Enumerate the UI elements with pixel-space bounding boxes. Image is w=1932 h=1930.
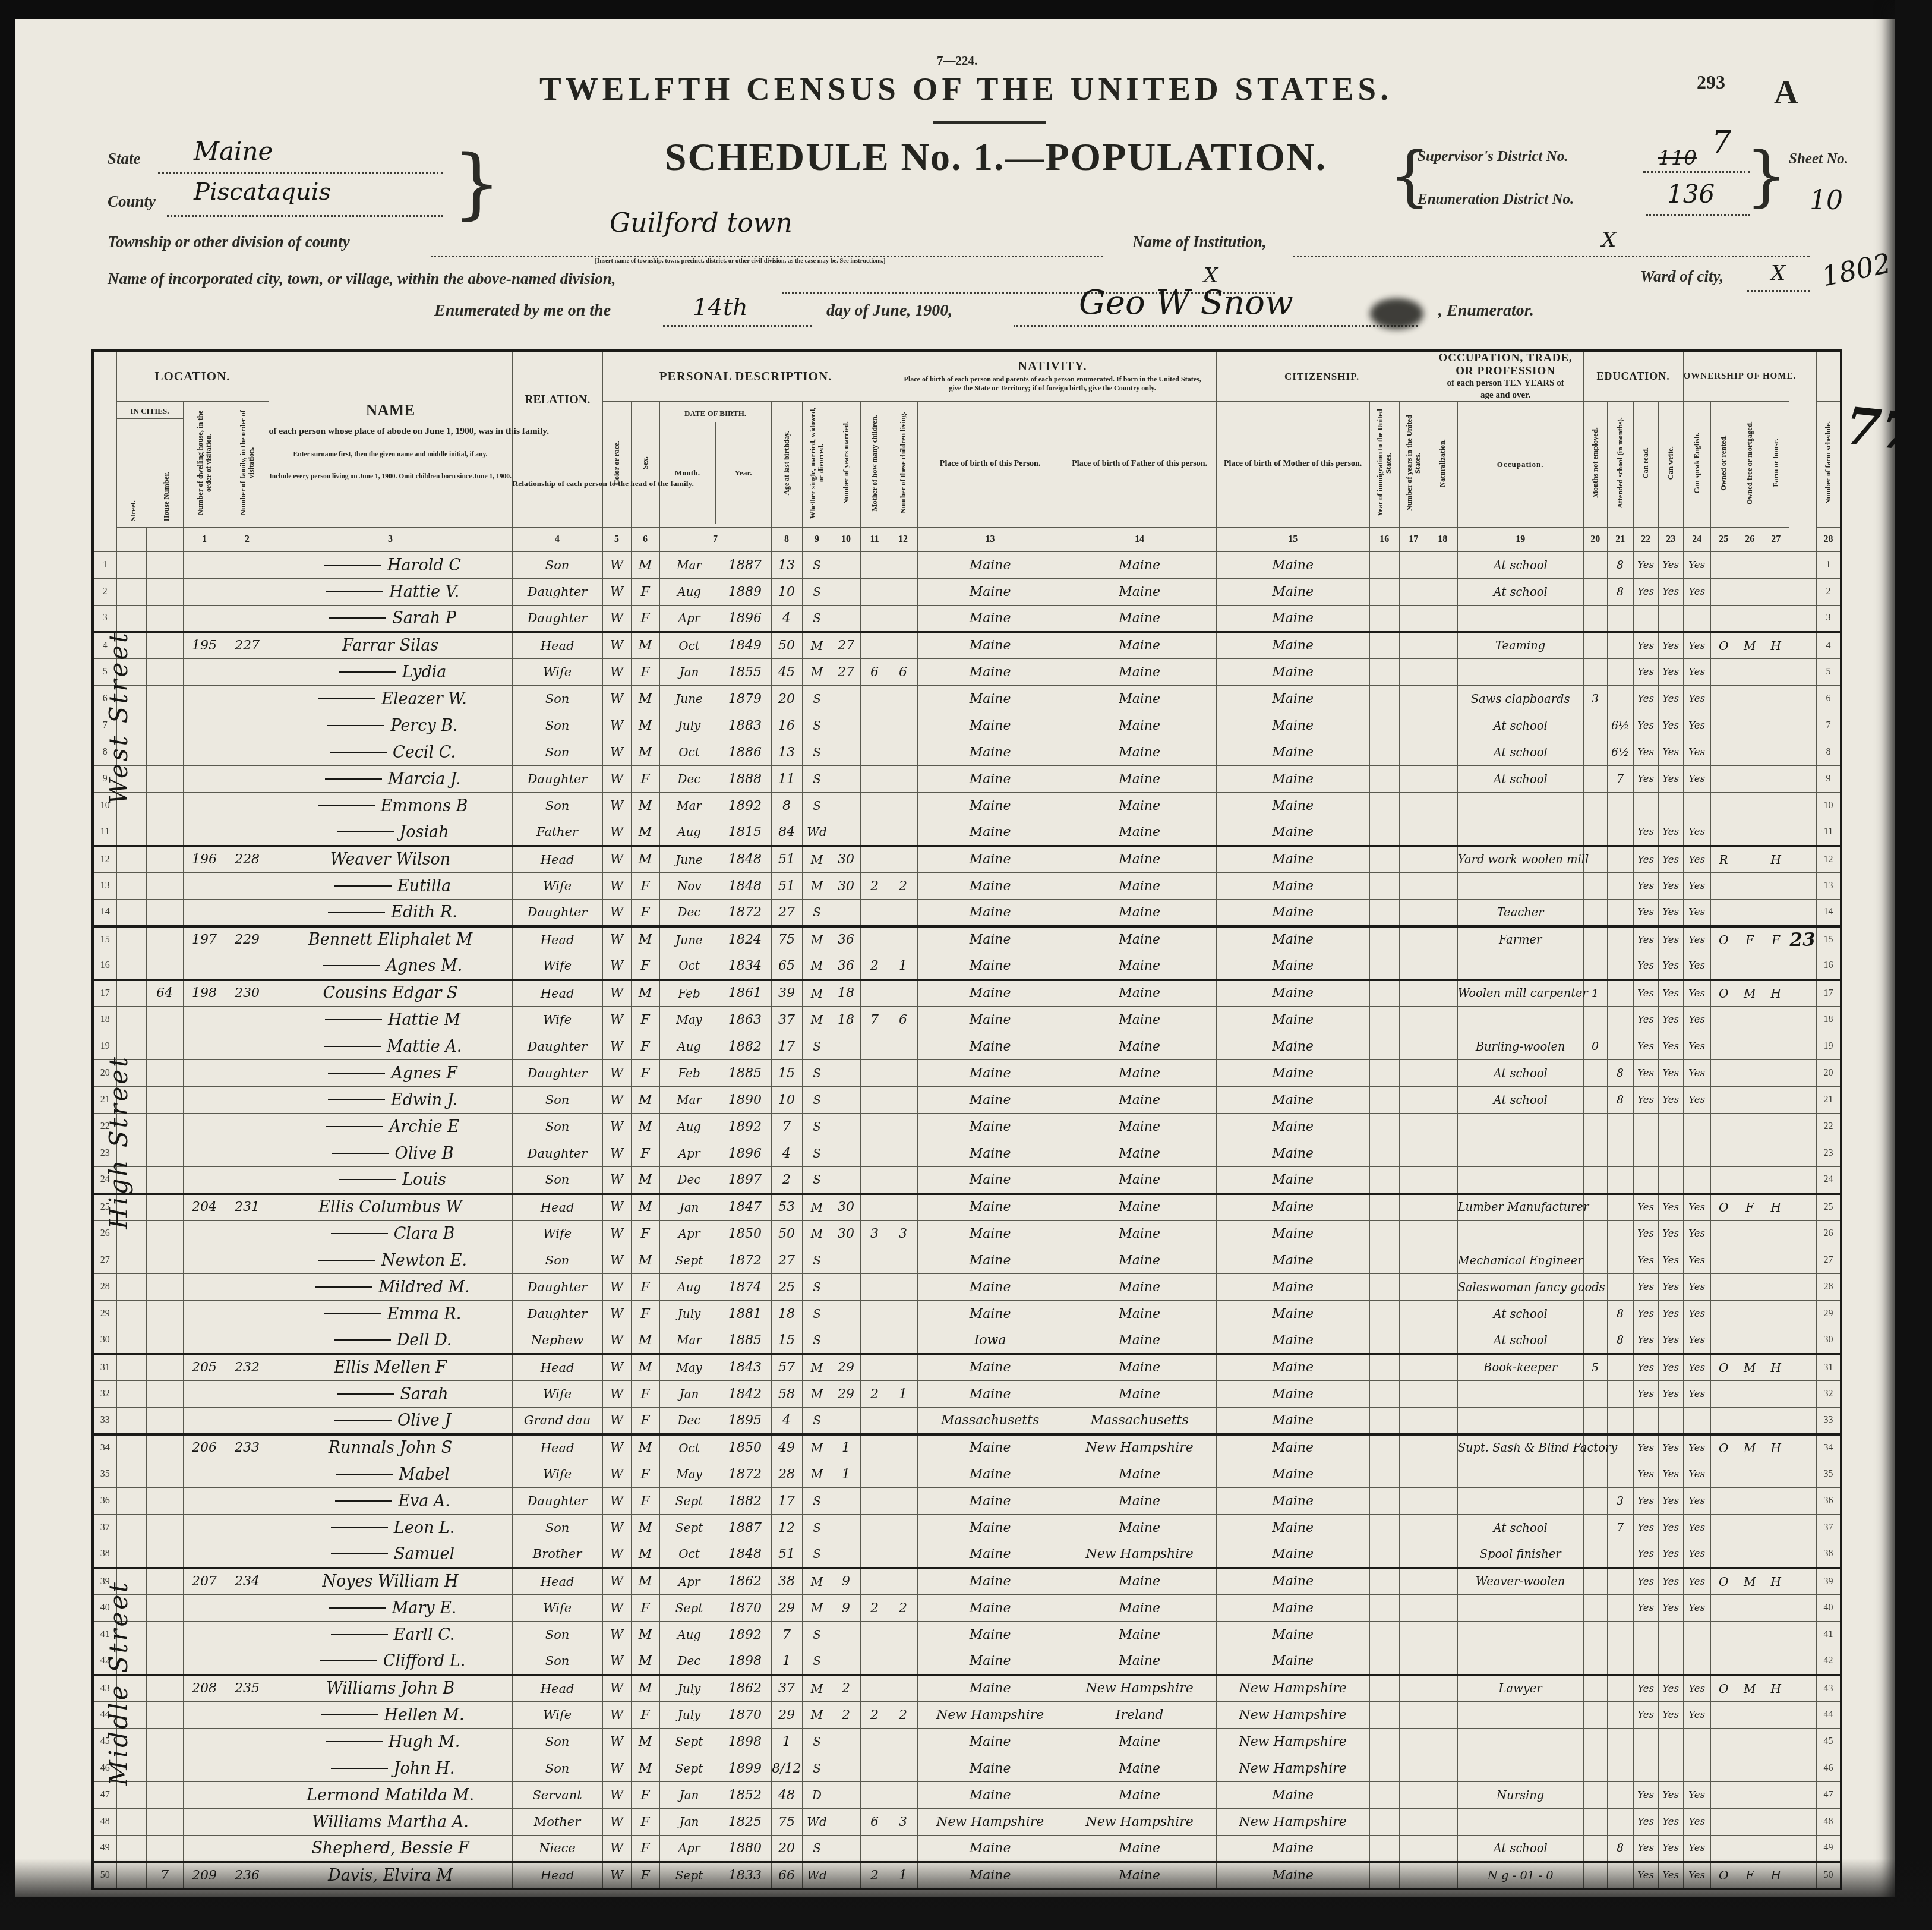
cell-fh: H [1763,1354,1789,1381]
person-row-15: 15197229Bennett Eliphalet MHeadWMJune182… [93,926,1841,953]
cell-e: Yes [1683,1060,1710,1087]
cell-oc [1457,659,1583,686]
continuation-dash [337,1393,394,1395]
cell-hs [146,1221,183,1247]
cell-w: Yes [1658,1702,1683,1729]
cell-cl [889,1247,917,1274]
cell-i18 [1428,1301,1457,1327]
cell-oc: Yard work woolen mill [1457,846,1583,873]
cell-i17 [1399,953,1428,980]
cell-ag: 75 [771,1809,802,1836]
cell-fm [226,1809,269,1836]
immigration-col-label: Year of immigration to the United States… [1376,405,1393,521]
cell-fm [226,1729,269,1755]
cell-ms: M [802,632,832,659]
cell-fm [226,739,269,766]
cell-ow [1710,819,1737,846]
cell-ms: M [802,1702,832,1729]
cell-of [1737,793,1763,819]
cell-w: Yes [1658,1033,1683,1060]
cell-nm: Mary E. [269,1595,512,1622]
cell-sc [1607,1755,1633,1782]
cell-hs [146,1247,183,1274]
owned-rented-col-label: Owned or rented. [1719,435,1728,491]
cell-mn [1583,1515,1607,1541]
cell-ow [1710,1007,1737,1033]
cell-fm [226,1541,269,1568]
cell-ow [1710,1274,1737,1301]
cell-cl [889,1408,917,1434]
person-row-22: 22Archie ESonWMAug18927SMaineMaineMaine2… [93,1114,1841,1140]
cell-pb: Maine [917,1515,1063,1541]
cell-nm: Hellen M. [269,1702,512,1729]
cell-cl: 6 [889,659,917,686]
cell-sc [1607,980,1633,1007]
cell-ow [1710,606,1737,632]
cell-ym [832,606,860,632]
cell-ms: S [802,552,832,579]
cell-i17 [1399,1755,1428,1782]
state-label: State [108,150,141,168]
cell-i18 [1428,766,1457,793]
cell-hs [146,659,183,686]
cell-i18 [1428,1568,1457,1595]
cell-bm: Aug [659,1114,719,1140]
pob-mother-col: Place of birth of Mother of this person. [1216,402,1369,528]
cell-rl: Daughter [512,1033,602,1060]
cell-ag: 4 [771,1408,802,1434]
cell-i18 [1428,900,1457,926]
row-number: 44 [1816,1702,1841,1729]
cell-r: Yes [1633,739,1658,766]
cell-ms: M [802,659,832,686]
cell-sc [1607,1782,1633,1809]
cell-oc [1457,1755,1583,1782]
cell-w [1658,1729,1683,1755]
cell-of [1737,1755,1763,1782]
cell-pm: Maine [1216,1595,1369,1622]
col-num-9: 9 [802,528,832,552]
cell-ag: 20 [771,1836,802,1862]
person-row-31: 31205232Ellis Mellen FHeadWMMay184357M29… [93,1354,1841,1381]
cell-i16 [1369,1327,1399,1354]
cell-fs [1789,1408,1816,1434]
color-col: Color or race. [602,402,631,528]
cell-dw [183,1274,226,1301]
cell-oc: Saleswoman fancy goods [1457,1274,1583,1301]
cell-mc [860,1755,889,1782]
cell-sx: F [631,1488,659,1515]
col-num-13: 13 [917,528,1063,552]
person-row-34: 34206233Runnals John SHeadWMOct185049M1M… [93,1434,1841,1461]
cell-mn [1583,659,1607,686]
cell-i16 [1369,1541,1399,1568]
cell-sc [1607,1381,1633,1408]
cell-e [1683,1755,1710,1782]
cell-of [1737,1515,1763,1541]
cell-pm: Maine [1216,1782,1369,1809]
cell-ag: 15 [771,1327,802,1354]
cell-bm: Jan [659,1194,719,1221]
cell-mn: 5 [1583,1354,1607,1381]
cell-fh: H [1763,1194,1789,1221]
cell-oc: Lawyer [1457,1675,1583,1702]
sex-col: Sex. [631,402,659,528]
cell-r: Yes [1633,1702,1658,1729]
cell-sc [1607,1140,1633,1167]
row-number: 2 [1816,579,1841,606]
cell-sc [1607,1221,1633,1247]
cell-i16 [1369,1354,1399,1381]
cell-bm: July [659,1301,719,1327]
cell-ow [1710,1327,1737,1354]
cell-rl: Daughter [512,1060,602,1087]
cell-ag: 17 [771,1488,802,1515]
cell-r: Yes [1633,953,1658,980]
cell-by: 1855 [719,659,771,686]
cell-sx: F [631,1595,659,1622]
cell-i18 [1428,1033,1457,1060]
cell-i18 [1428,1274,1457,1301]
cell-cr: W [602,686,631,712]
cell-mc [860,1488,889,1515]
cell-by: 1892 [719,793,771,819]
continuation-dash [324,1313,381,1314]
cell-i16 [1369,1140,1399,1167]
cell-rl: Wife [512,1007,602,1033]
cell-mn [1583,1060,1607,1087]
cell-r: Yes [1633,686,1658,712]
cell-mn [1583,1702,1607,1729]
cell-sc [1607,1167,1633,1194]
cell-ag: 25 [771,1274,802,1301]
continuation-dash [329,1607,386,1609]
cell-hs [146,1194,183,1221]
cell-ag: 38 [771,1568,802,1595]
cell-pb: Maine [917,1167,1063,1194]
naturalization-col-label: Naturalization. [1438,439,1447,487]
cell-dw: 197 [183,926,226,953]
cell-fh [1763,1087,1789,1114]
cell-oc: Mechanical Engineer [1457,1247,1583,1274]
immigration-col: Year of immigration to the United States… [1369,402,1399,528]
cell-sc: 8 [1607,1060,1633,1087]
cell-oc: At school [1457,1327,1583,1354]
cell-fm [226,1247,269,1274]
cell-cr: W [602,926,631,953]
cell-pf: Maine [1063,793,1216,819]
cell-oc: Lumber Manufacturer [1457,1194,1583,1221]
cell-by: 1870 [719,1595,771,1622]
cell-sc [1607,1568,1633,1595]
cell-pb: Maine [917,1060,1063,1087]
cell-rl: Wife [512,659,602,686]
cell-rl: Wife [512,1381,602,1408]
cell-hs [146,1381,183,1408]
cell-bm: Sept [659,1755,719,1782]
cell-ag: 84 [771,819,802,846]
cell-pf: Maine [1063,1247,1216,1274]
mother-of-col-label: Mother of how many children. [870,415,879,511]
cell-ym: 2 [832,1675,860,1702]
cell-bm: Dec [659,766,719,793]
cell-pm: Maine [1216,686,1369,712]
person-row-21: 21Edwin J.SonWMMar189010SMaineMaineMaine… [93,1087,1841,1114]
cell-pm: Maine [1216,793,1369,819]
cell-cl [889,1675,917,1702]
cell-ms: M [802,1595,832,1622]
person-row-20: 20Agnes FDaughterWFFeb188515SMaineMaineM… [93,1060,1841,1087]
person-row-38: 38SamuelBrotherWMOct184851SMaineNew Hamp… [93,1541,1841,1568]
cell-oc [1457,1622,1583,1648]
person-row-26: 26Clara BWifeWFApr185050M3033MaineMaineM… [93,1221,1841,1247]
cell-fm [226,819,269,846]
cell-sx: M [631,1755,659,1782]
row-number: 19 [1816,1033,1841,1060]
sex-col-label: Sex. [641,456,649,469]
cell-sc [1607,1274,1633,1301]
cell-by: 1880 [719,1836,771,1862]
cell-fh [1763,659,1789,686]
cell-fh [1763,606,1789,632]
cell-sc [1607,793,1633,819]
cell-i17 [1399,1541,1428,1568]
cell-ym [832,1060,860,1087]
cell-ag: 11 [771,766,802,793]
cell-pf: Maine [1063,686,1216,712]
cell-bm: Apr [659,1568,719,1595]
cell-oc: Spool finisher [1457,1541,1583,1568]
cell-ag: 75 [771,926,802,953]
cell-by: 1899 [719,1755,771,1782]
left-brace: } [452,138,501,228]
cell-w: Yes [1658,1327,1683,1354]
cell-mc [860,1140,889,1167]
cell-of [1737,1114,1763,1140]
col-num-27: 27 [1763,528,1789,552]
cell-pf: Maine [1063,953,1216,980]
cell-ow [1710,1729,1737,1755]
cell-hs [146,1033,183,1060]
cell-nm: Lermond Matilda M. [269,1782,512,1809]
cell-w: Yes [1658,1301,1683,1327]
institution-label: Name of Institution, [1132,233,1267,251]
cell-oc [1457,606,1583,632]
cell-i17 [1399,1007,1428,1033]
cell-fm: 232 [226,1354,269,1381]
cell-sc: 3 [1607,1488,1633,1515]
cell-fm [226,1782,269,1809]
group-occupation: OCCUPATION, TRADE, OR PROFESSION of each… [1428,351,1583,402]
cell-pf: Maine [1063,1381,1216,1408]
street-label-high-street: High Street [102,913,134,1371]
cell-r [1633,1140,1658,1167]
cell-pm: Maine [1216,632,1369,659]
cell-ms: M [802,846,832,873]
cell-ms: S [802,1033,832,1060]
col-num-5: 5 [602,528,631,552]
cell-mc: 6 [860,659,889,686]
cell-sc: 6½ [1607,712,1633,739]
cell-sx: F [631,873,659,900]
cell-r: Yes [1633,659,1658,686]
cell-bm: Mar [659,1087,719,1114]
cell-pf: Maine [1063,1648,1216,1675]
cell-fs [1789,1060,1816,1087]
cell-fm [226,1327,269,1354]
person-row-12: 12196228Weaver WilsonHeadWMJune184851M30… [93,846,1841,873]
cell-i18 [1428,632,1457,659]
cell-ms: S [802,1274,832,1301]
cell-of [1737,1729,1763,1755]
cell-fm: 228 [226,846,269,873]
cell-mn [1583,1301,1607,1327]
row-number: 1 [1816,552,1841,579]
cell-e [1683,793,1710,819]
cell-hs [146,1809,183,1836]
cell-cr: W [602,1033,631,1060]
cell-fm [226,1167,269,1194]
cell-ym [832,1408,860,1434]
cell-cl: 6 [889,1007,917,1033]
cell-by: 1815 [719,819,771,846]
cell-pb: Maine [917,1648,1063,1675]
cell-fm [226,1301,269,1327]
cell-fm [226,1836,269,1862]
cell-dw [183,1408,226,1434]
cell-ym [832,1515,860,1541]
cell-pb: Maine [917,819,1063,846]
cell-sc [1607,1809,1633,1836]
cell-dw [183,1488,226,1515]
cell-e [1683,1622,1710,1648]
cell-pb: Maine [917,659,1063,686]
cell-sx: M [631,1087,659,1114]
cell-of [1737,1622,1763,1648]
cell-pb: Maine [917,980,1063,1007]
cell-oc [1457,1114,1583,1140]
cell-dw: 208 [183,1675,226,1702]
cell-i16 [1369,659,1399,686]
cell-dw: 195 [183,632,226,659]
cell-ms: M [802,1434,832,1461]
cell-i16 [1369,900,1399,926]
row-number: 12 [1816,846,1841,873]
cell-i18 [1428,1622,1457,1648]
continuation-dash [315,1286,372,1288]
cell-e [1683,606,1710,632]
cell-fs [1789,1729,1816,1755]
children-living-col: Number of these children living. [889,402,917,528]
cell-nm: Eva A. [269,1488,512,1515]
cell-ag: 37 [771,1675,802,1702]
row-number: 17 [1816,980,1841,1007]
cell-rl: Son [512,1515,602,1541]
cell-oc: At school [1457,579,1583,606]
cell-cl [889,579,917,606]
cell-nm: Hugh M. [269,1729,512,1755]
cell-r [1633,1729,1658,1755]
cell-cr: W [602,712,631,739]
cell-w: Yes [1658,819,1683,846]
cell-mn [1583,1381,1607,1408]
cell-cr: W [602,1782,631,1809]
cell-pf: Maine [1063,1301,1216,1327]
cell-mc [860,552,889,579]
cell-nm: Samuel [269,1541,512,1568]
cell-i16 [1369,579,1399,606]
school-col-label: Attended school (in months). [1616,417,1624,509]
cell-mn [1583,1648,1607,1675]
cell-ow [1710,1381,1737,1408]
cell-ym: 18 [832,1007,860,1033]
cell-mn [1583,1114,1607,1140]
cell-mc [860,579,889,606]
cell-fs [1789,1194,1816,1221]
cell-i16 [1369,1755,1399,1782]
cell-e: Yes [1683,1434,1710,1461]
cell-i17 [1399,1354,1428,1381]
cell-i18 [1428,606,1457,632]
cell-hs [146,1114,183,1140]
cell-r: Yes [1633,1301,1658,1327]
cell-fs [1789,1007,1816,1033]
cell-r: Yes [1633,980,1658,1007]
years-married-col-label: Number of years married. [842,421,850,504]
cell-fh [1763,873,1789,900]
cell-sx: F [631,1140,659,1167]
cell-i18 [1428,980,1457,1007]
enumerated-prefix: Enumerated by me on the [434,301,611,320]
row-number: 43 [1816,1675,1841,1702]
col-num-22: 22 [1633,528,1658,552]
cell-ag: 27 [771,900,802,926]
cell-nm: Olive J [269,1408,512,1434]
cell-mc: 2 [860,1381,889,1408]
col-num-28: 28 [1816,528,1841,552]
cell-sx: F [631,1408,659,1434]
cell-r: Yes [1633,579,1658,606]
cell-pf: Maine [1063,1327,1216,1354]
cell-fs [1789,953,1816,980]
cell-fs [1789,1114,1816,1140]
cell-mc [860,686,889,712]
cell-mc [860,1515,889,1541]
cell-fh [1763,552,1789,579]
cell-fh [1763,1060,1789,1087]
cell-cr: W [602,659,631,686]
cell-nm: Earll C. [269,1622,512,1648]
cell-oc [1457,1461,1583,1488]
continuation-dash [339,671,396,673]
cell-cr: W [602,1488,631,1515]
cell-cr: W [602,1354,631,1381]
cell-rl: Wife [512,1595,602,1622]
cell-ow: O [1710,1434,1737,1461]
cell-mc [860,1675,889,1702]
cell-i16 [1369,1702,1399,1729]
cell-i17 [1399,793,1428,819]
person-row-17: 1764198230Cousins Edgar SHeadWMFeb186139… [93,980,1841,1007]
cell-w: Yes [1658,1675,1683,1702]
owned-rented-col: Owned or rented. [1710,402,1737,528]
cell-hs [146,1060,183,1087]
cell-rl: Son [512,793,602,819]
cell-fh [1763,1381,1789,1408]
cell-mn [1583,766,1607,793]
cell-bm: Jan [659,1381,719,1408]
cell-ms: Wd [802,1809,832,1836]
